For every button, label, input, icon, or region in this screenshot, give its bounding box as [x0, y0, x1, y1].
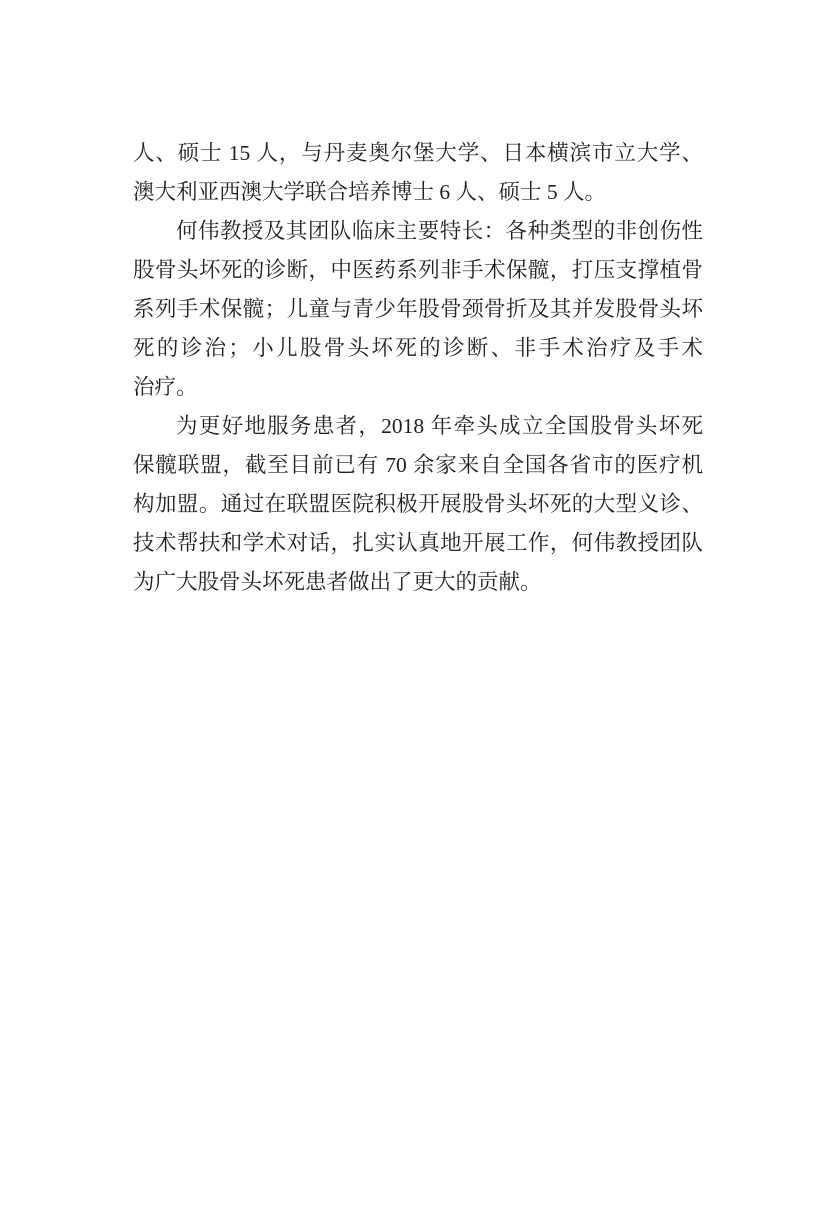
- text-line: 构加盟。通过在联盟医院积极开展股骨头坏死的大型义诊、: [133, 485, 703, 524]
- text-line: 澳大利亚西澳大学联合培养博士 6 人、硕士 5 人。: [133, 173, 703, 212]
- text-line: 技术帮扶和学术对话，扎实认真地开展工作，何伟教授团队: [133, 524, 703, 563]
- text-line: 为更好地服务患者，2018 年牵头成立全国股骨头坏死: [133, 407, 703, 446]
- text-line: 何伟教授及其团队临床主要特长：各种类型的非创伤性: [133, 212, 703, 251]
- text-line: 为广大股骨头坏死患者做出了更大的贡献。: [133, 563, 703, 602]
- text-line: 保髋联盟，截至目前已有 70 余家来自全国各省市的医疗机: [133, 446, 703, 485]
- text-line: 死的诊治；小儿股骨头坏死的诊断、非手术治疗及手术: [133, 329, 703, 368]
- text-line: 治疗。: [133, 368, 703, 407]
- text-line: 股骨头坏死的诊断，中医药系列非手术保髋，打压支撑植骨: [133, 251, 703, 290]
- book-page: 人、硕士 15 人，与丹麦奥尔堡大学、日本横滨市立大学、 澳大利亚西澳大学联合培…: [0, 0, 832, 1205]
- body-text: 人、硕士 15 人，与丹麦奥尔堡大学、日本横滨市立大学、 澳大利亚西澳大学联合培…: [133, 134, 703, 602]
- text-line: 人、硕士 15 人，与丹麦奥尔堡大学、日本横滨市立大学、: [133, 134, 703, 173]
- text-line: 系列手术保髋；儿童与青少年股骨颈骨折及其并发股骨头坏: [133, 290, 703, 329]
